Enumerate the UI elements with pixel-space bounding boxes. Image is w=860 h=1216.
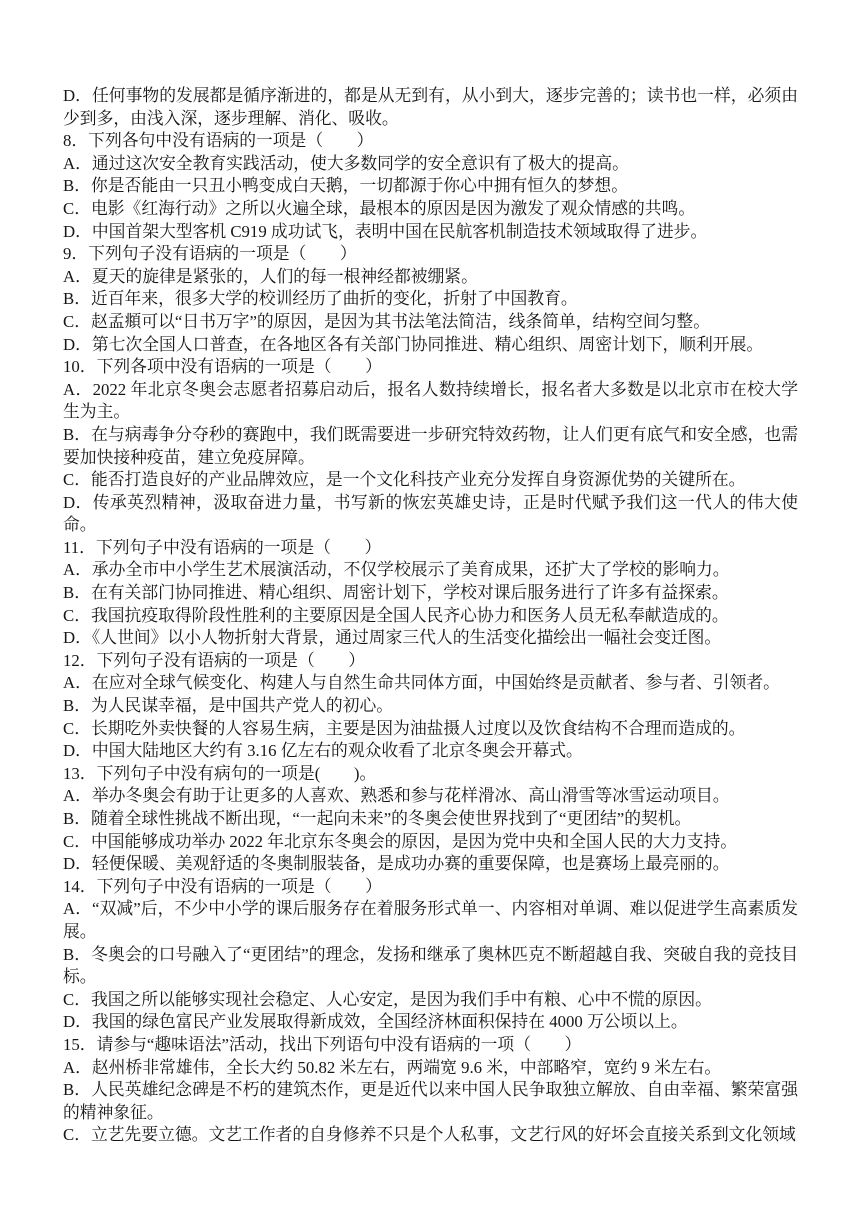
option-line: D．中国大陆地区大约有 3.16 亿左右的观众收看了北京冬奥会开幕式。: [63, 740, 798, 763]
option-line: C．立艺先要立德。文艺工作者的自身修养不只是个人私事，文艺行风的好坏会直接关系到…: [63, 1124, 798, 1147]
option-line: A．承办全市中小学生艺术展演活动，不仅学校展示了美育成果，还扩大了学校的影响力。: [63, 559, 798, 582]
option-line: D．轻便保暖、美观舒适的冬奥制服装备，是成功办赛的重要保障，也是赛场上最亮丽的。: [63, 853, 798, 876]
option-line: B．人民英雄纪念碑是不朽的建筑杰作，更是近代以来中国人民争取独立解放、自由幸福、…: [63, 1079, 798, 1124]
question-header-line: 13．下列句子中没有病句的一项是( )。: [63, 763, 798, 786]
option-line: C．电影《红海行动》之所以火遍全球，最根本的原因是因为激发了观众情感的共鸣。: [63, 198, 798, 221]
question-header-line: 11．下列句子中没有语病的一项是（ ）: [63, 537, 798, 560]
question-header-line: 12．下列句子没有语病的一项是（ ）: [63, 650, 798, 673]
option-line: A．举办冬奥会有助于让更多的人喜欢、熟悉和参与花样滑冰、高山滑雪等冰雪运动项目。: [63, 785, 798, 808]
option-line: D．中国首架大型客机 C919 成功试飞，表明中国在民航客机制造技术领域取得了进…: [63, 221, 798, 244]
option-line: D．传承英烈精神，汲取奋进力量，书写新的恢宏英雄史诗，正是时代赋予我们这一代人的…: [63, 492, 798, 537]
option-line: C．赵孟頫可以“日书万字”的原因，是因为其书法笔法简洁，线条简单，结构空间匀整。: [63, 311, 798, 334]
option-line: C．长期吃外卖快餐的人容易生病，主要是因为油盐摄人过度以及饮食结构不合理而造成的…: [63, 718, 798, 741]
option-line: A．赵州桥非常雄伟，全长大约 50.82 米左右，两端宽 9.6 米，中部略窄，…: [63, 1057, 798, 1080]
option-line: B．你是否能由一只丑小鸭变成白天鹅，一切都源于你心中拥有恒久的梦想。: [63, 175, 798, 198]
option-line: B．在有关部门协同推进、精心组织、周密计划下，学校对课后服务进行了许多有益探索。: [63, 582, 798, 605]
option-line: D．我国的绿色富民产业发展取得新成效，全国经济林面积保持在 4000 万公顷以上…: [63, 1011, 798, 1034]
option-line: A．在应对全球气候变化、构建人与自然生命共同体方面，中国始终是贡献者、参与者、引…: [63, 672, 798, 695]
question-header-line: 8．下列各句中没有语病的一项是（ ）: [63, 130, 798, 153]
option-line: C．中国能够成功举办 2022 年北京东冬奥会的原因，是因为党中央和全国人民的大…: [63, 831, 798, 854]
option-line: B．为人民谋幸福，是中国共产党人的初心。: [63, 695, 798, 718]
option-line: D．《人世间》以小人物折射大背景，通过周家三代人的生活变化描绘出一幅社会变迁图。: [63, 627, 798, 650]
document-body: D．任何事物的发展都是循序渐进的，都是从无到有，从小到大，逐步完善的；读书也一样…: [63, 85, 798, 1147]
option-line: D．第七次全国人口普查，在各地区各有关部门协同推进、精心组织、周密计划下，顺利开…: [63, 334, 798, 357]
option-line: C．我国之所以能够实现社会稳定、人心安定，是因为我们手中有粮、心中不慌的原因。: [63, 989, 798, 1012]
option-line: C．能否打造良好的产业品牌效应，是一个文化科技产业充分发挥自身资源优势的关键所在…: [63, 469, 798, 492]
option-line: C．我国抗疫取得阶段性胜利的主要原因是全国人民齐心协力和医务人员无私奉献造成的。: [63, 605, 798, 628]
question-header-line: 9．下列句子没有语病的一项是（ ）: [63, 243, 798, 266]
option-line: A．夏天的旋律是紧张的，人们的每一根神经都被绷紧。: [63, 266, 798, 289]
option-line: B．近百年来，很多大学的校训经历了曲折的变化，折射了中国教育。: [63, 288, 798, 311]
option-line: B．随着全球性挑战不断出现，“一起向未来”的冬奥会使世界找到了“更团结”的契机。: [63, 808, 798, 831]
question-header-line: 15．请参与“趣味语法”活动，找出下列语句中没有语病的一项（ ）: [63, 1034, 798, 1057]
question-header-line: 10．下列各项中没有语病的一项是（ ）: [63, 356, 798, 379]
option-line: A．“双减”后，不少中小学的课后服务存在着服务形式单一、内容相对单调、难以促进学…: [63, 898, 798, 943]
test-paper-page: { "page": { "background_color": "#ffffff…: [0, 0, 860, 1216]
option-line: A．通过这次安全教育实践活动，使大多数同学的安全意识有了极大的提高。: [63, 153, 798, 176]
option-line: B．冬奥会的口号融入了“更团结”的理念，发扬和继承了奥林匹克不断超越自我、突破自…: [63, 944, 798, 989]
option-line: A．2022 年北京冬奥会志愿者招募启动后，报名人数持续增长，报名者大多数是以北…: [63, 379, 798, 424]
option-line: B．在与病毒争分夺秒的赛跑中，我们既需要进一步研究特效药物，让人们更有底气和安全…: [63, 424, 798, 469]
question-header-line: 14．下列句子中没有语病的一项是（ ）: [63, 876, 798, 899]
option-line: D．任何事物的发展都是循序渐进的，都是从无到有，从小到大，逐步完善的；读书也一样…: [63, 85, 798, 130]
